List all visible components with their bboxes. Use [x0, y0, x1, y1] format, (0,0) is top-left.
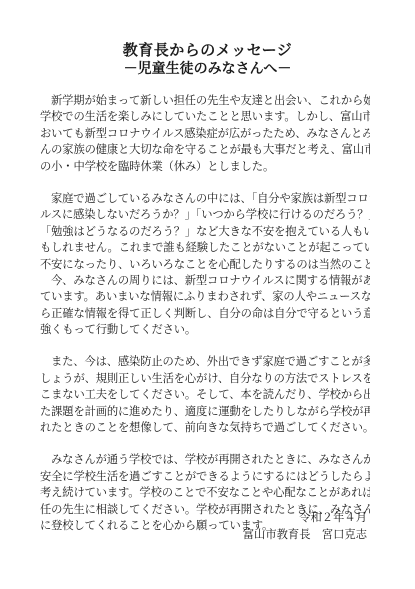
paragraph-1: 新学期が始まって新しい担任の先生や友達と出会い、これから始まる 学校での生活を楽… [40, 93, 370, 175]
text-line: 学校での生活を楽しみにしていたことと思います。しかし、富山市内に [40, 109, 370, 125]
text-line: おいても新型コロナウイルス感染症が広がったため、みなさんとみなさ [40, 126, 370, 142]
document-subtitle: －児童生徒のみなさんへ－ [0, 58, 415, 78]
paragraph-2: 家庭で過ごしているみなさんの中には、「自分や家族は新型コロナウイ ルスに感染しな… [40, 191, 370, 339]
signature-author: 富山市教育長 宮口克志 [243, 526, 367, 542]
text-line: また、今は、感染防止のため、外出できず家庭で過ごすことが多いで [40, 354, 370, 370]
document-body: 新学期が始まって新しい担任の先生や友達と出会い、これから始まる 学校での生活を楽… [40, 93, 370, 550]
text-line: 安全に学校生活を過ごすことができるようにするにはどうしたらよいか [40, 469, 370, 485]
text-line: 考え続けています。学校のことで不安なことや心配なことがあれば、担 [40, 485, 370, 501]
text-line: 今、みなさんの周りには、新型コロナウイルスに関する情報があふれ [40, 273, 370, 289]
text-line: んの家族の健康と大切な命を守ることが最も大事だと考え、富山市内 [40, 142, 370, 158]
text-line: 新学期が始まって新しい担任の先生や友達と出会い、これから始まる [40, 93, 370, 109]
text-line: 強くもって行動してください。 [40, 322, 370, 338]
text-line: ら正確な情報を得て正しく判断し、自分の命は自分で守るという意識を [40, 306, 370, 322]
text-line: みなさんが通う学校では、学校が再開されたときに、みなさんが安心・ [40, 452, 370, 468]
text-line: こまない工夫をしてください。そして、本を読んだり、学校から出され [40, 387, 370, 403]
text-line: 不安になったり、いろいろなことを心配したりするのは当然のことです。 [40, 257, 370, 273]
text-line: もしれません。これまで誰も経験したことがないことが起こっている中、 [40, 240, 370, 256]
text-line: 「勉強はどうなるのだろう？」など大きな不安を抱えている人もいるか [40, 224, 370, 240]
signature-date: 令和２年４月 [299, 509, 367, 525]
text-line: の小・中学校を臨時休業（休み）としました。 [40, 159, 370, 175]
text-line: 家庭で過ごしているみなさんの中には、「自分や家族は新型コロナウイ [40, 191, 370, 207]
document-title: 教育長からのメッセージ [0, 39, 415, 60]
text-line: れたときのことを想像して、前向きな気持ちで過ごしてください。 [40, 420, 370, 436]
paragraph-3: また、今は、感染防止のため、外出できず家庭で過ごすことが多いで しょうが、規則正… [40, 354, 370, 436]
text-line: た課題を計画的に進めたり、適度に運動をしたりしながら学校が再開さ [40, 404, 370, 420]
text-line: ルスに感染しないだろうか？」「いつから学校に行けるのだろう？」 [40, 207, 370, 223]
text-line: ています。あいまいな情報にふりまわされず、家の人やニュースなどか [40, 289, 370, 305]
text-line: しょうが、規則正しい生活を心がけ、自分なりの方法でストレスをため [40, 371, 370, 387]
